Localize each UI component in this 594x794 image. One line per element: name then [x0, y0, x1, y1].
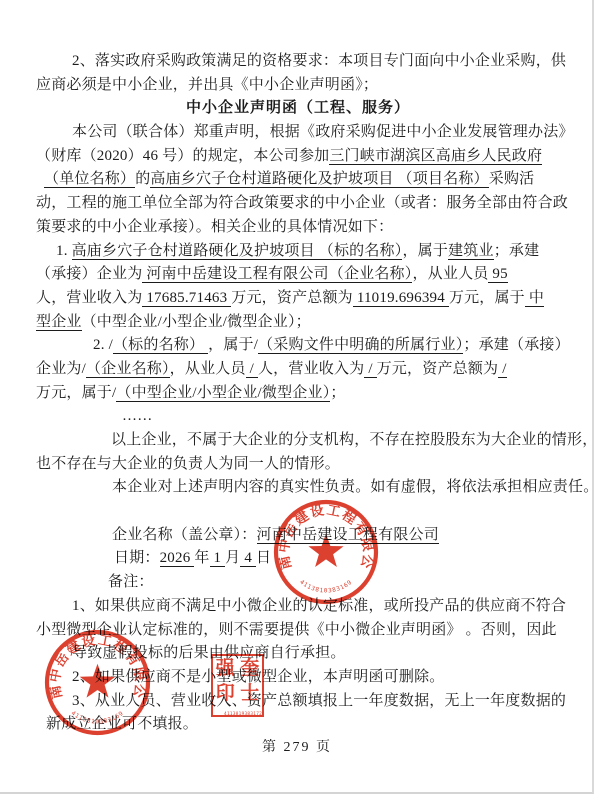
doc-text: 日 — [256, 550, 271, 566]
doc-line: 万元，属于/（中型企业/小型企业/微型企业）； — [36, 382, 560, 406]
doc-text: ，从业人员 — [170, 361, 246, 377]
doc-text: 也不存在与大企业的负责人为同一人的情形。 — [36, 456, 340, 472]
doc-line: 策要求的中小企业承接）。相关企业的具体情况如下： — [36, 216, 560, 240]
doc-text: 万元，资产总额为 — [377, 361, 499, 377]
filled-blank: （企业名称） — [86, 361, 170, 378]
doc-line: 备注： — [36, 571, 560, 595]
doc-text: 中小企业声明函（工程、服务） — [186, 100, 410, 116]
doc-text: ，属于 — [402, 243, 448, 259]
doc-text: 月 — [225, 550, 240, 566]
doc-text: 万元，资产总额为 — [231, 290, 353, 306]
filled-blank: 河南中岳建设工程有限公司（企业名称） — [142, 266, 412, 283]
doc-line: 导致虚假投标的后果由供应商自行承担。 — [36, 642, 560, 666]
doc-text: 以上企业，不属于大企业的分支机构，不存在控股股东为大企业的情形， — [111, 432, 594, 448]
filled-blank: （单位名称） — [44, 171, 135, 188]
filled-blank: 高庙乡穴子仓村道路硬化及护坡项目 （标的名称） — [72, 243, 403, 260]
filled-blank: （中型企业/小型企业/微型企业） — [116, 385, 330, 402]
doc-text: …… — [122, 408, 152, 424]
doc-line: 企业名称（盖公章）：河南中岳建设工程有限公司 — [36, 524, 560, 548]
doc-text: 日期： — [114, 550, 160, 566]
doc-text: 2. / — [93, 337, 113, 353]
doc-text: 年 — [194, 550, 209, 566]
doc-text: 策要求的中小企业承接）。相关企业的具体情况如下： — [36, 219, 393, 235]
doc-text: ，从业人员 — [412, 266, 488, 282]
doc-text: 万元，属于 — [449, 290, 525, 306]
doc-text: 2、落实政府采购政策满足的资格要求：本项目专门面向中小企业采购，供 — [72, 53, 566, 69]
filled-blank: 95 — [488, 266, 507, 283]
doc-line: …… — [36, 405, 560, 429]
doc-text: 1、如果供应商不满足中小微企业的认定标准，或所投产品的供应商不符合 — [72, 598, 566, 614]
doc-line: 本公司（联合体）郑重声明，根据《政府采购促进中小企业发展管理办法》 — [36, 121, 560, 145]
filled-blank: / — [246, 361, 258, 378]
doc-text: （财库（2020）46 号）的规定，本公司参加 — [36, 148, 329, 164]
filled-blank: 17685.71463 — [142, 290, 231, 307]
doc-line: 企业为/（企业名称），从业人员 / 人，营业收入为 / 万元，资产总额为 / — [36, 358, 560, 382]
doc-line: 应商必须是中小企业，并出具《中小企业声明函》； — [36, 74, 560, 98]
doc-line: 日期：2026 年 1 月 4 日 — [36, 547, 560, 571]
doc-text: 1. — [56, 243, 72, 259]
doc-text: 人，营业收入为 — [36, 290, 142, 306]
filled-blank: （标的名称） — [113, 337, 208, 354]
doc-text: 动，工程的施工单位全部为符合政策要求的中小企业（或者：服务全部由符合政 — [36, 195, 568, 211]
doc-line: 2、如果供应商不是小型或微型企业，本声明函可删除。 — [36, 666, 560, 690]
filled-blank: / — [498, 361, 506, 378]
filled-blank: 高庙乡穴子仓村道路硬化及护坡项目 （项目名称） — [150, 171, 488, 188]
doc-line: 型企业（中型企业/小型企业/微型企业）； — [36, 311, 560, 335]
doc-text: ；承建 — [494, 243, 540, 259]
doc-text: （承接）企业为 — [36, 266, 142, 282]
doc-text: ；承建（承接） — [463, 337, 569, 353]
filled-blank: （采购文件中明确的所属行业） — [258, 337, 463, 354]
doc-line: （单位名称）的高庙乡穴子仓村道路硬化及护坡项目 （项目名称）采购活 — [36, 168, 560, 192]
doc-text: 企业为/ — [36, 361, 86, 377]
filled-blank: 河南中岳建设工程有限公司 — [257, 527, 439, 544]
doc-line: 1、如果供应商不满足中小微企业的认定标准，或所投产品的供应商不符合 — [36, 595, 560, 619]
filled-blank: 中 — [525, 290, 544, 307]
doc-line — [36, 500, 560, 524]
doc-text: 本企业对上述声明内容的真实性负责。如有虚假，将依法承担相应责任。 — [112, 479, 594, 495]
doc-line: 人，营业收入为 17685.71463 万元，资产总额为 11019.69639… — [36, 287, 560, 311]
filled-blank: 2026 — [160, 550, 195, 567]
doc-text: （中型企业/小型企业/微型企业）； — [82, 314, 311, 330]
doc-text: 新成立企业可不填报。 — [46, 716, 198, 732]
filled-blank: 4 — [240, 550, 256, 567]
doc-text: ，属于/ — [208, 337, 258, 353]
page-number: 第 279 页 — [0, 736, 594, 756]
document-body: 2、落实政府采购政策满足的资格要求：本项目专门面向中小企业采购，供应商必须是中小… — [36, 50, 560, 737]
doc-line: 2、落实政府采购政策满足的资格要求：本项目专门面向中小企业采购，供 — [36, 50, 560, 74]
filled-blank: 11019.696394 — [353, 290, 449, 307]
doc-text: 企业名称（盖公章）： — [112, 527, 257, 543]
doc-text: 本公司（联合体）郑重声明，根据《政府采购促进中小企业发展管理办法》 — [72, 124, 574, 140]
doc-text: 的 — [135, 171, 150, 187]
doc-text: 备注： — [108, 574, 154, 590]
doc-line: （财库（2020）46 号）的规定，本公司参加三门峡市湖滨区高庙乡人民政府 — [36, 145, 560, 169]
doc-line: 1. 高庙乡穴子仓村道路硬化及护坡项目 （标的名称），属于建筑业；承建 — [36, 240, 560, 264]
filled-blank: 建筑业 — [448, 243, 494, 260]
filled-blank: / — [364, 361, 376, 378]
doc-text: 应商必须是中小企业，并出具《中小企业声明函》； — [36, 77, 378, 93]
doc-text: ； — [330, 385, 345, 401]
doc-line: 以上企业，不属于大企业的分支机构，不存在控股股东为大企业的情形， — [36, 429, 560, 453]
doc-line: 也不存在与大企业的负责人为同一人的情形。 — [36, 453, 560, 477]
doc-line: 2. /（标的名称） ，属于/（采购文件中明确的所属行业）；承建（承接） — [36, 334, 560, 358]
doc-text: 3、从业人员、营业收入、资产总额填报上一年度数据，无上一年度数据的 — [72, 693, 566, 709]
doc-text: 采购活 — [489, 171, 535, 187]
doc-line: 3、从业人员、营业收入、资产总额填报上一年度数据，无上一年度数据的 — [36, 690, 560, 714]
doc-line: 本企业对上述声明内容的真实性负责。如有虚假，将依法承担相应责任。 — [36, 476, 560, 500]
doc-line: 中小企业声明函（工程、服务） — [36, 97, 560, 121]
declaration-document-page: 2、落实政府采购政策满足的资格要求：本项目专门面向中小企业采购，供应商必须是中小… — [0, 0, 594, 794]
doc-line: 小型微型企业认定标准的，则不需要提供《中小微企业声明函》 。否则，因此 — [36, 619, 560, 643]
filled-blank: 1 — [210, 550, 226, 567]
filled-blank: 型企业 — [36, 314, 82, 331]
doc-text: 人，营业收入为 — [258, 361, 364, 377]
filled-blank: 三门峡市湖滨区高庙乡人民政府 — [329, 148, 542, 165]
doc-text: 小型微型企业认定标准的，则不需要提供《中小微企业声明函》 。否则，因此 — [36, 622, 557, 638]
doc-text: 万元，属于/ — [36, 385, 116, 401]
doc-text: 导致虚假投标的后果由供应商自行承担。 — [72, 645, 346, 661]
doc-line: （承接）企业为 河南中岳建设工程有限公司（企业名称），从业人员 95 — [36, 263, 560, 287]
doc-line: 新成立企业可不填报。 — [36, 713, 560, 737]
doc-line: 动，工程的施工单位全部为符合政策要求的中小企业（或者：服务全部由符合政 — [36, 192, 560, 216]
doc-text: 2、如果供应商不是小型或微型企业，本声明函可删除。 — [72, 669, 445, 685]
